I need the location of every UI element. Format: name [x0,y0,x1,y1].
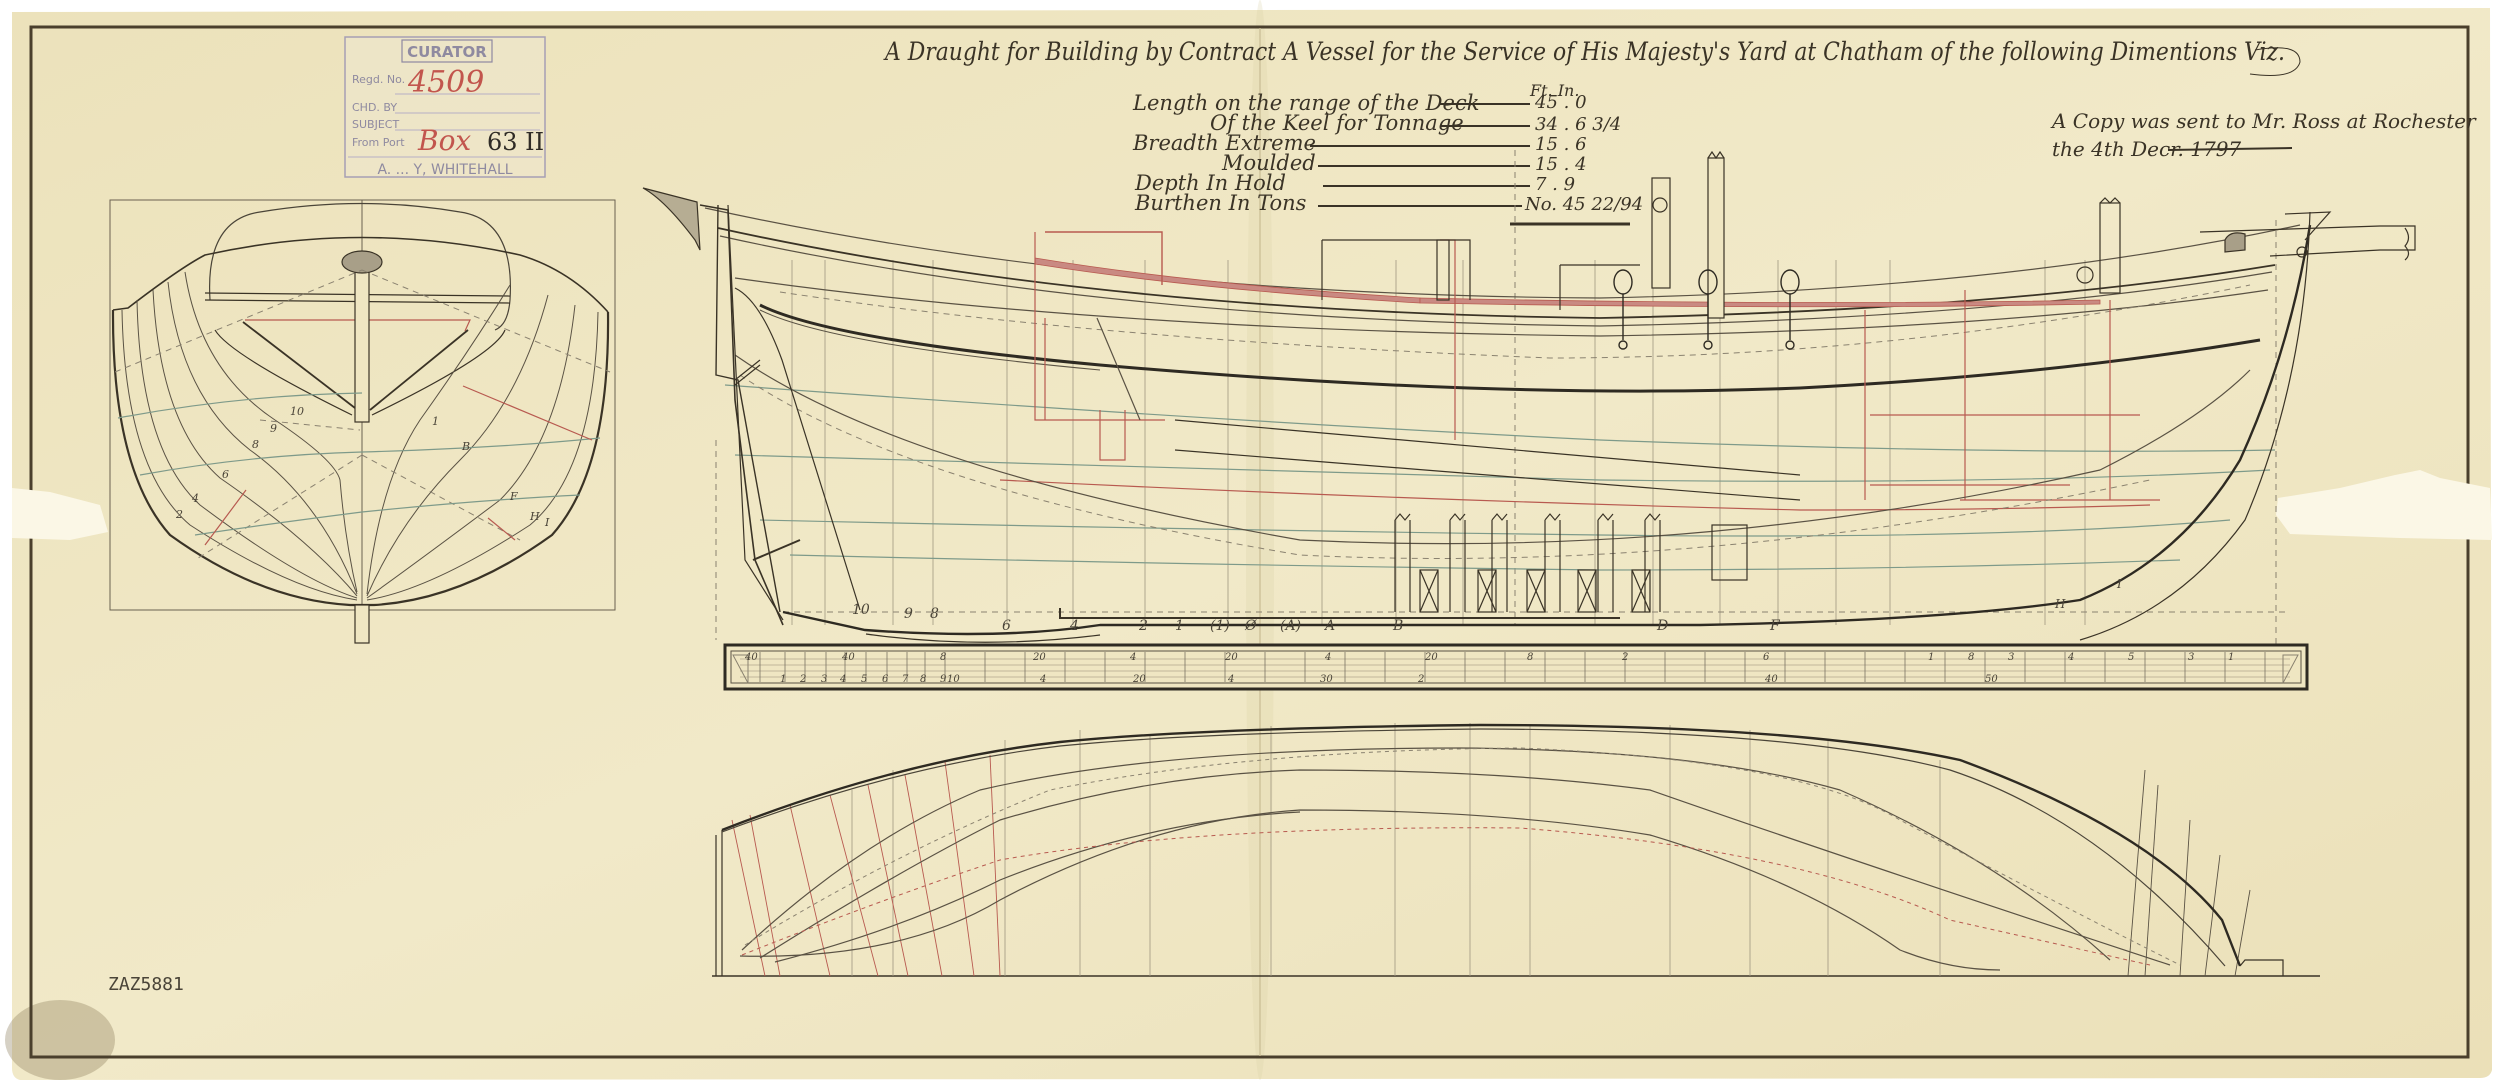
stamp-line2-label: CHD. BY [352,101,397,114]
dimension-value: 15 . 4 [1535,154,1587,175]
scale-top-label: 1 [2228,652,2234,663]
stamp-line4-label: From Port [352,136,405,149]
ship-draught-sheet: CURATOR Regd. No. 4509 CHD. BY SUBJECT F… [0,0,2500,1085]
stamp-header: CURATOR [407,43,487,61]
stamp-line3-label: SUBJECT [352,118,399,131]
scale-top-label: 20 [1424,652,1438,663]
station-label: A [1323,618,1335,634]
scale-bottom-label: 5 [861,674,867,685]
stamp-regd-label: Regd. No. [352,73,405,86]
body-plan-label: B [461,440,470,453]
station-label: (1) [1210,618,1230,634]
scale-bottom-label: 8 [920,674,926,685]
scale-top-label: 40 [841,652,855,663]
drawing-title: A Draught for Building by Contract A Ves… [883,37,2285,66]
scale-bottom-label: 10 [947,674,960,685]
scale-bottom-label: 4 [839,674,846,685]
station-label: 10 [852,602,870,618]
body-plan-label: 2 [175,508,183,521]
body-plan-label: 9 [270,422,277,435]
scale-bottom-label: 30 [1320,674,1333,685]
scale-top-label: 6 [1763,652,1770,663]
dimension-value: 7 . 9 [1535,174,1575,195]
body-plan-label: 4 [191,492,199,505]
station-label: Ø [1244,618,1257,634]
body-plan-label: 8 [252,438,259,451]
scale-bottom-label: 7 [902,674,909,685]
scale-bottom-label: 4 [1039,674,1046,685]
stamp-box-value: Box [417,124,471,157]
scale-bottom-label: 50 [1985,674,1998,685]
scale-top-label: 3 [2188,652,2194,663]
body-plan-label: H [529,510,540,523]
station-label: 9 [904,606,913,622]
scale-top-label: 1 [1928,652,1934,663]
body-plan-label: 1 [432,415,439,428]
scale-top-label: 2 [1621,652,1628,663]
dimension-value: 15 . 6 [1535,134,1587,155]
dimension-label: Burthen In Tons [1134,191,1307,215]
station-label: D [1656,618,1668,634]
station-label: H [2054,597,2066,611]
curator-stamp: CURATOR Regd. No. 4509 CHD. BY SUBJECT F… [345,37,545,178]
station-label: 1 [1175,618,1184,634]
scale-top-label: 4 [1129,652,1136,663]
reference-number: ZAZ5881 [108,974,184,995]
body-plan-label: 6 [222,468,229,481]
scale-bottom-label: 40 [1764,674,1778,685]
station-label: 2 [1138,618,1148,634]
stamp-regd-value: 4509 [407,65,484,100]
scale-bottom-label: 2 [799,674,806,685]
dimension-value: No. 45 22/94 [1524,194,1643,215]
scale-bottom-label: 2 [1417,674,1424,685]
station-label: (A) [1280,618,1301,634]
station-label: B [1392,618,1403,634]
body-plan-label: 10 [290,405,304,418]
scale-top-label: 4 [1324,652,1331,663]
scale-top-label: 8 [940,652,946,663]
scale-top-label: 20 [1224,652,1238,663]
station-label: I [2116,577,2122,591]
scale-top-label: 5 [2128,652,2134,663]
dimension-value: 45 . 0 [1534,92,1587,113]
copy-note-line1: A Copy was sent to Mr. Ross at Rochester [2050,109,2477,133]
station-label: F [1769,618,1781,634]
scale-bottom-label: 9 [940,674,947,685]
scale-top-label: 8 [1968,652,1974,663]
station-label: 6 [1002,618,1011,634]
stamp-box-number: 63 II [487,128,544,156]
scale-bottom-label: 1 [780,674,786,685]
body-plan-label: F [509,490,518,503]
body-plan-label: I [544,516,550,529]
dimension-value: 34 . 6 3/4 [1535,114,1621,135]
scale-bottom-label: 20 [1132,674,1146,685]
station-label: 8 [930,606,939,622]
scale-bottom-label: 3 [821,674,827,685]
scale-top-label: 20 [1032,652,1046,663]
scale-top-label: 8 [1527,652,1533,663]
scale-bottom-label: 4 [1227,674,1234,685]
scale-bottom-label: 6 [882,674,889,685]
scale-top-label: 40 [744,652,758,663]
stamp-footer: A. ... Y, WHITEHALL [377,162,512,178]
scale-top-label: 3 [2008,652,2014,663]
scale-bar: 40 40 8 20 4 20 4 20 8 2 6 1 8 3 4 5 3 1… [725,645,2307,689]
scale-top-label: 4 [2067,652,2074,663]
station-label: 4 [1069,618,1079,634]
